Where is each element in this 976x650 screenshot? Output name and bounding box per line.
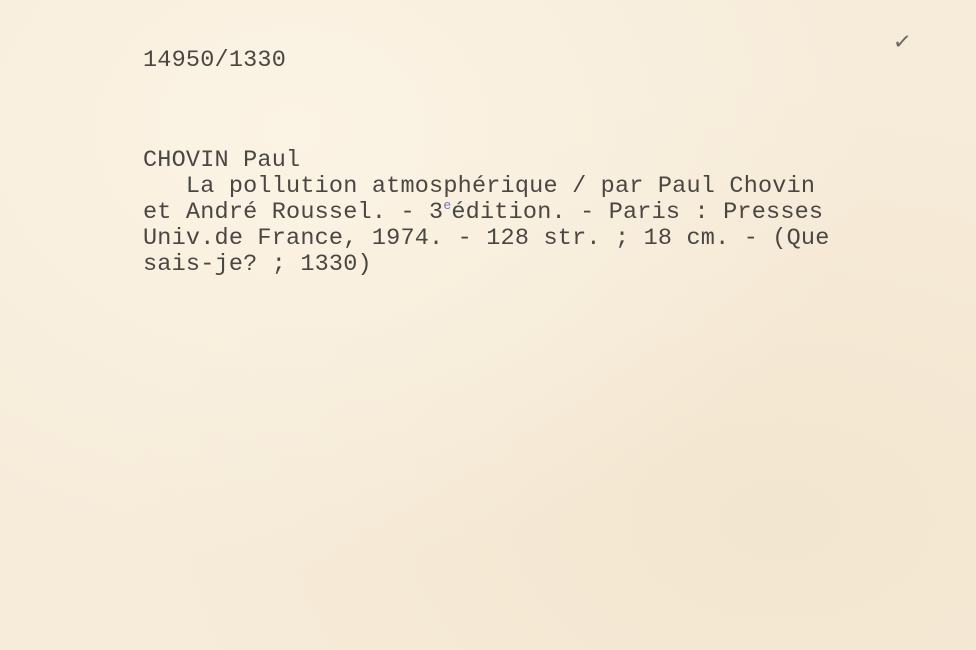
authors-edition-line: et André Roussel. - 3eédition. - Paris :… [143,199,823,226]
author-heading: CHOVIN Paul [143,148,300,174]
series-line: sais-je? ; 1330) [143,251,372,278]
catalog-card: 14950/1330 ✓ CHOVIN Paul La pollution at… [0,0,976,650]
title-line: La pollution atmosphérique / par Paul Ch… [143,173,815,200]
check-mark-icon: ✓ [892,29,913,56]
call-number: 14950/1330 [143,48,286,74]
bibliographic-description: La pollution atmosphérique / par Paul Ch… [143,174,830,278]
publisher-line: Univ.de France, 1974. - 128 str. ; 18 cm… [143,225,830,252]
